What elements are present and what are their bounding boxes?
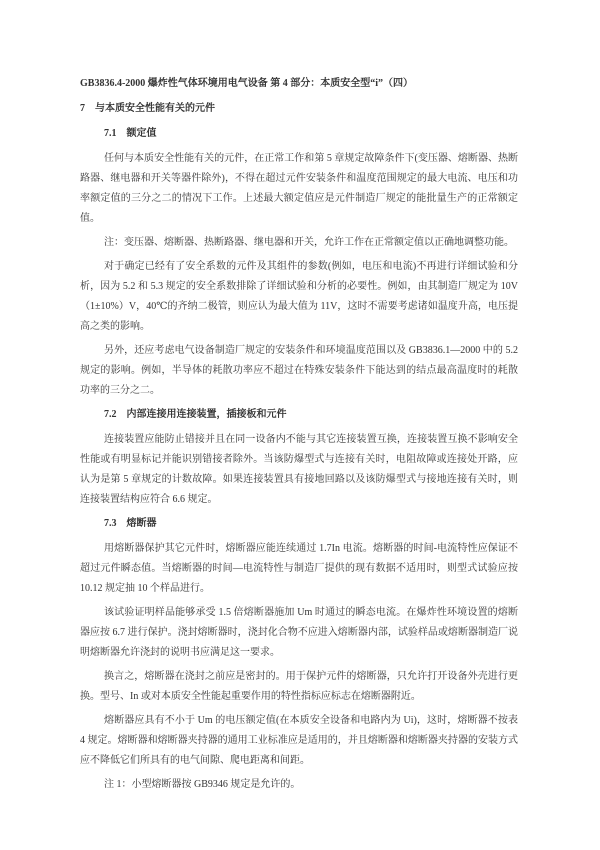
document-body: GB3836.4-2000 爆炸性气体环境用电气设备 第 4 部分：本质安全型“… [80,74,518,795]
section-7-2-heading: 7.2 内部连接用连接装置，插接板和元件 [80,405,518,425]
section-7-3-heading: 7.3 熔断器 [80,514,518,534]
section-7-1-paragraph-1: 任何与本质安全性能有关的元件，在正常工作和第 5 章规定故障条件下(变压器、熔断… [80,149,518,229]
section-7-3-note-1: 注 1：小型熔断器按 GB9346 规定是允许的。 [80,775,518,795]
section-7-heading: 7 与本质安全性能有关的元件 [80,99,518,119]
section-7-1-paragraph-3: 另外，还应考虑电气设备制造厂规定的安装条件和环境温度范围以及 GB3836.1—… [80,341,518,401]
section-7-1-paragraph-2: 对于确定已经有了安全系数的元件及其组件的参数(例如，电压和电流)不再进行详细试验… [80,257,518,337]
section-7-2-paragraph-1: 连接装置应能防止错接并且在同一设备内不能与其它连接装置互换，连接装置互换不影响安… [80,430,518,510]
section-7-1-heading: 7.1 额定值 [80,124,518,144]
section-7-3-paragraph-2: 该试验证明样品能够承受 1.5 倍熔断器施加 Um 时通过的瞬态电流。在爆炸性环… [80,603,518,663]
document-running-header: GB3836.4-2000 爆炸性气体环境用电气设备 第 4 部分：本质安全型“… [80,74,518,94]
section-7-3-paragraph-3: 换言之，熔断器在浇封之前应是密封的。用于保护元件的熔断器，只允许打开设备外壳进行… [80,667,518,707]
section-7-3-paragraph-4: 熔断器应具有不小于 Um 的电压额定值(在本质安全设备和电路内为 Ui)，这时，… [80,711,518,771]
section-7-1-note: 注：变压器、熔断器、热断路器、继电器和开关，允许工作在正常额定值以正确地调整功能… [80,233,518,253]
section-7-3-paragraph-1: 用熔断器保护其它元件时，熔断器应能连续通过 1.7In 电流。熔断器的时间-电流… [80,539,518,599]
document-page: GB3836.4-2000 爆炸性气体环境用电气设备 第 4 部分：本质安全型“… [0,0,600,850]
